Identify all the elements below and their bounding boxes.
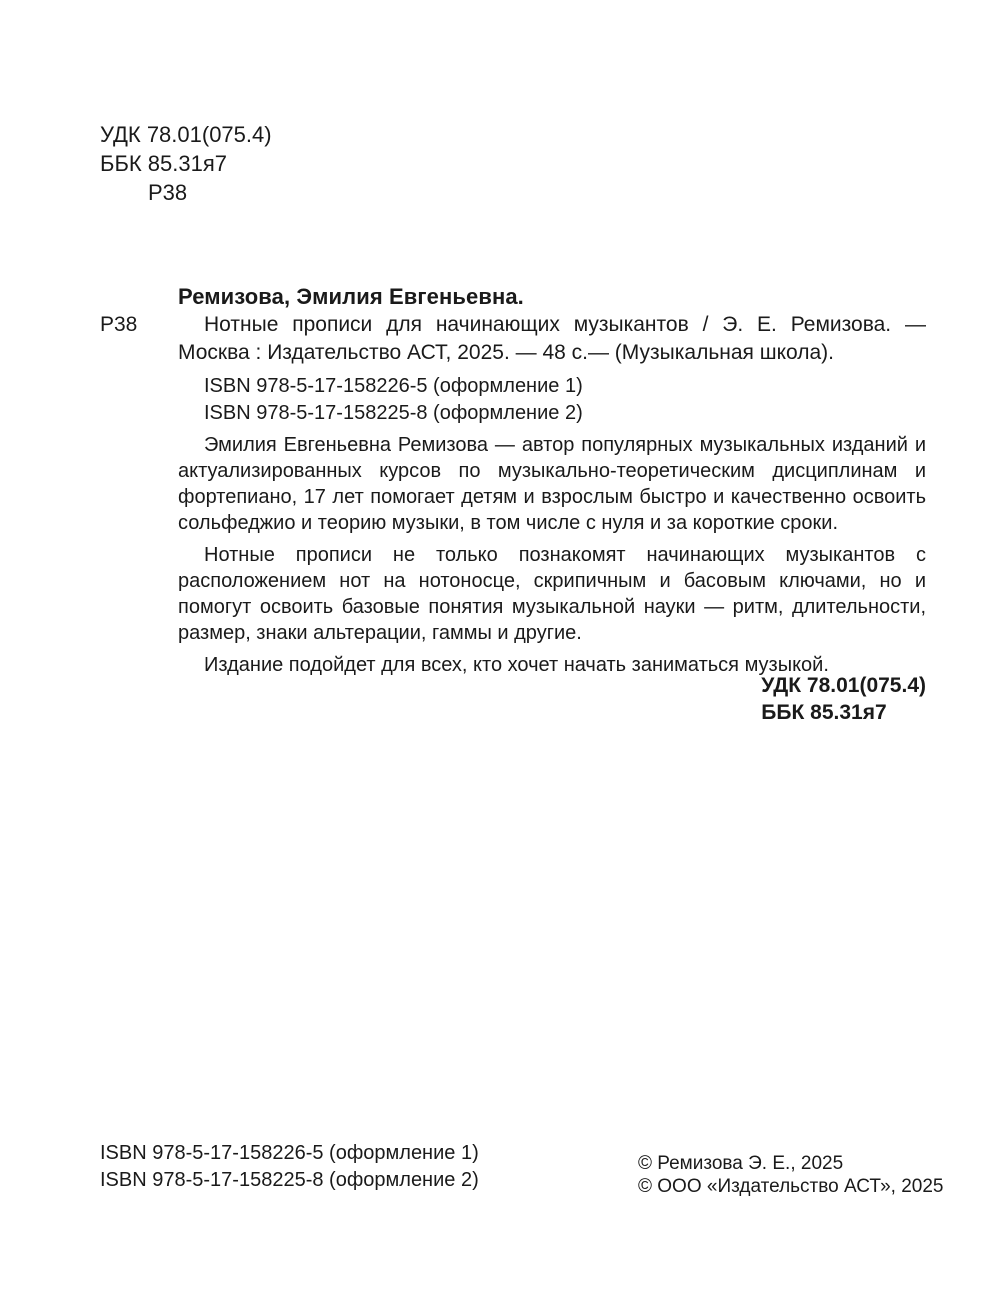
footer-copyright: © Ремизова Э. Е., 2025 © ООО «Издательст… [638, 1152, 944, 1198]
record-author: Ремизова, Эмилия Евгеньевна. [178, 284, 524, 310]
classification-bottom: УДК 78.01(075.4) ББК 85.31я7 [761, 672, 926, 726]
record-isbn-2: ISBN 978-5-17-158225-8 (оформление 2) [204, 400, 583, 427]
record-isbn-1: ISBN 978-5-17-158226-5 (оформление 1) [204, 373, 583, 400]
footer-isbn-2: ISBN 978-5-17-158225-8 (оформление 2) [100, 1167, 479, 1194]
udk-code: УДК 78.01(075.4) [100, 120, 272, 149]
record-author-mark: Р38 [100, 313, 137, 337]
footer-isbn-1: ISBN 978-5-17-158226-5 (оформление 1) [100, 1140, 479, 1167]
record-title-line-2: Москва : Издательство АСТ, 2025. — 48 с.… [178, 341, 834, 365]
copyright-author: © Ремизова Э. Е., 2025 [638, 1152, 944, 1175]
annotation-paragraph-2: Нотные прописи не только познакомят начи… [178, 542, 926, 646]
annotation: Эмилия Евгеньевна Ремизова — автор попул… [178, 432, 926, 684]
annotation-paragraph-1: Эмилия Евгеньевна Ремизова — автор попул… [178, 432, 926, 536]
copyright-publisher: © ООО «Издательство АСТ», 2025 [638, 1175, 944, 1198]
footer-isbn-list: ISBN 978-5-17-158226-5 (оформление 1) IS… [100, 1140, 479, 1194]
record-isbn-list: ISBN 978-5-17-158226-5 (оформление 1) IS… [204, 373, 583, 427]
record-title-line-1: Нотные прописи для начинающих музыкантов… [204, 313, 926, 337]
author-mark: Р38 [100, 178, 272, 207]
udk-code-bold: УДК 78.01(075.4) [761, 672, 926, 699]
classification-top: УДК 78.01(075.4) ББК 85.31я7 Р38 [100, 120, 272, 207]
bbk-code-bold: ББК 85.31я7 [761, 699, 926, 726]
bbk-code: ББК 85.31я7 [100, 149, 272, 178]
